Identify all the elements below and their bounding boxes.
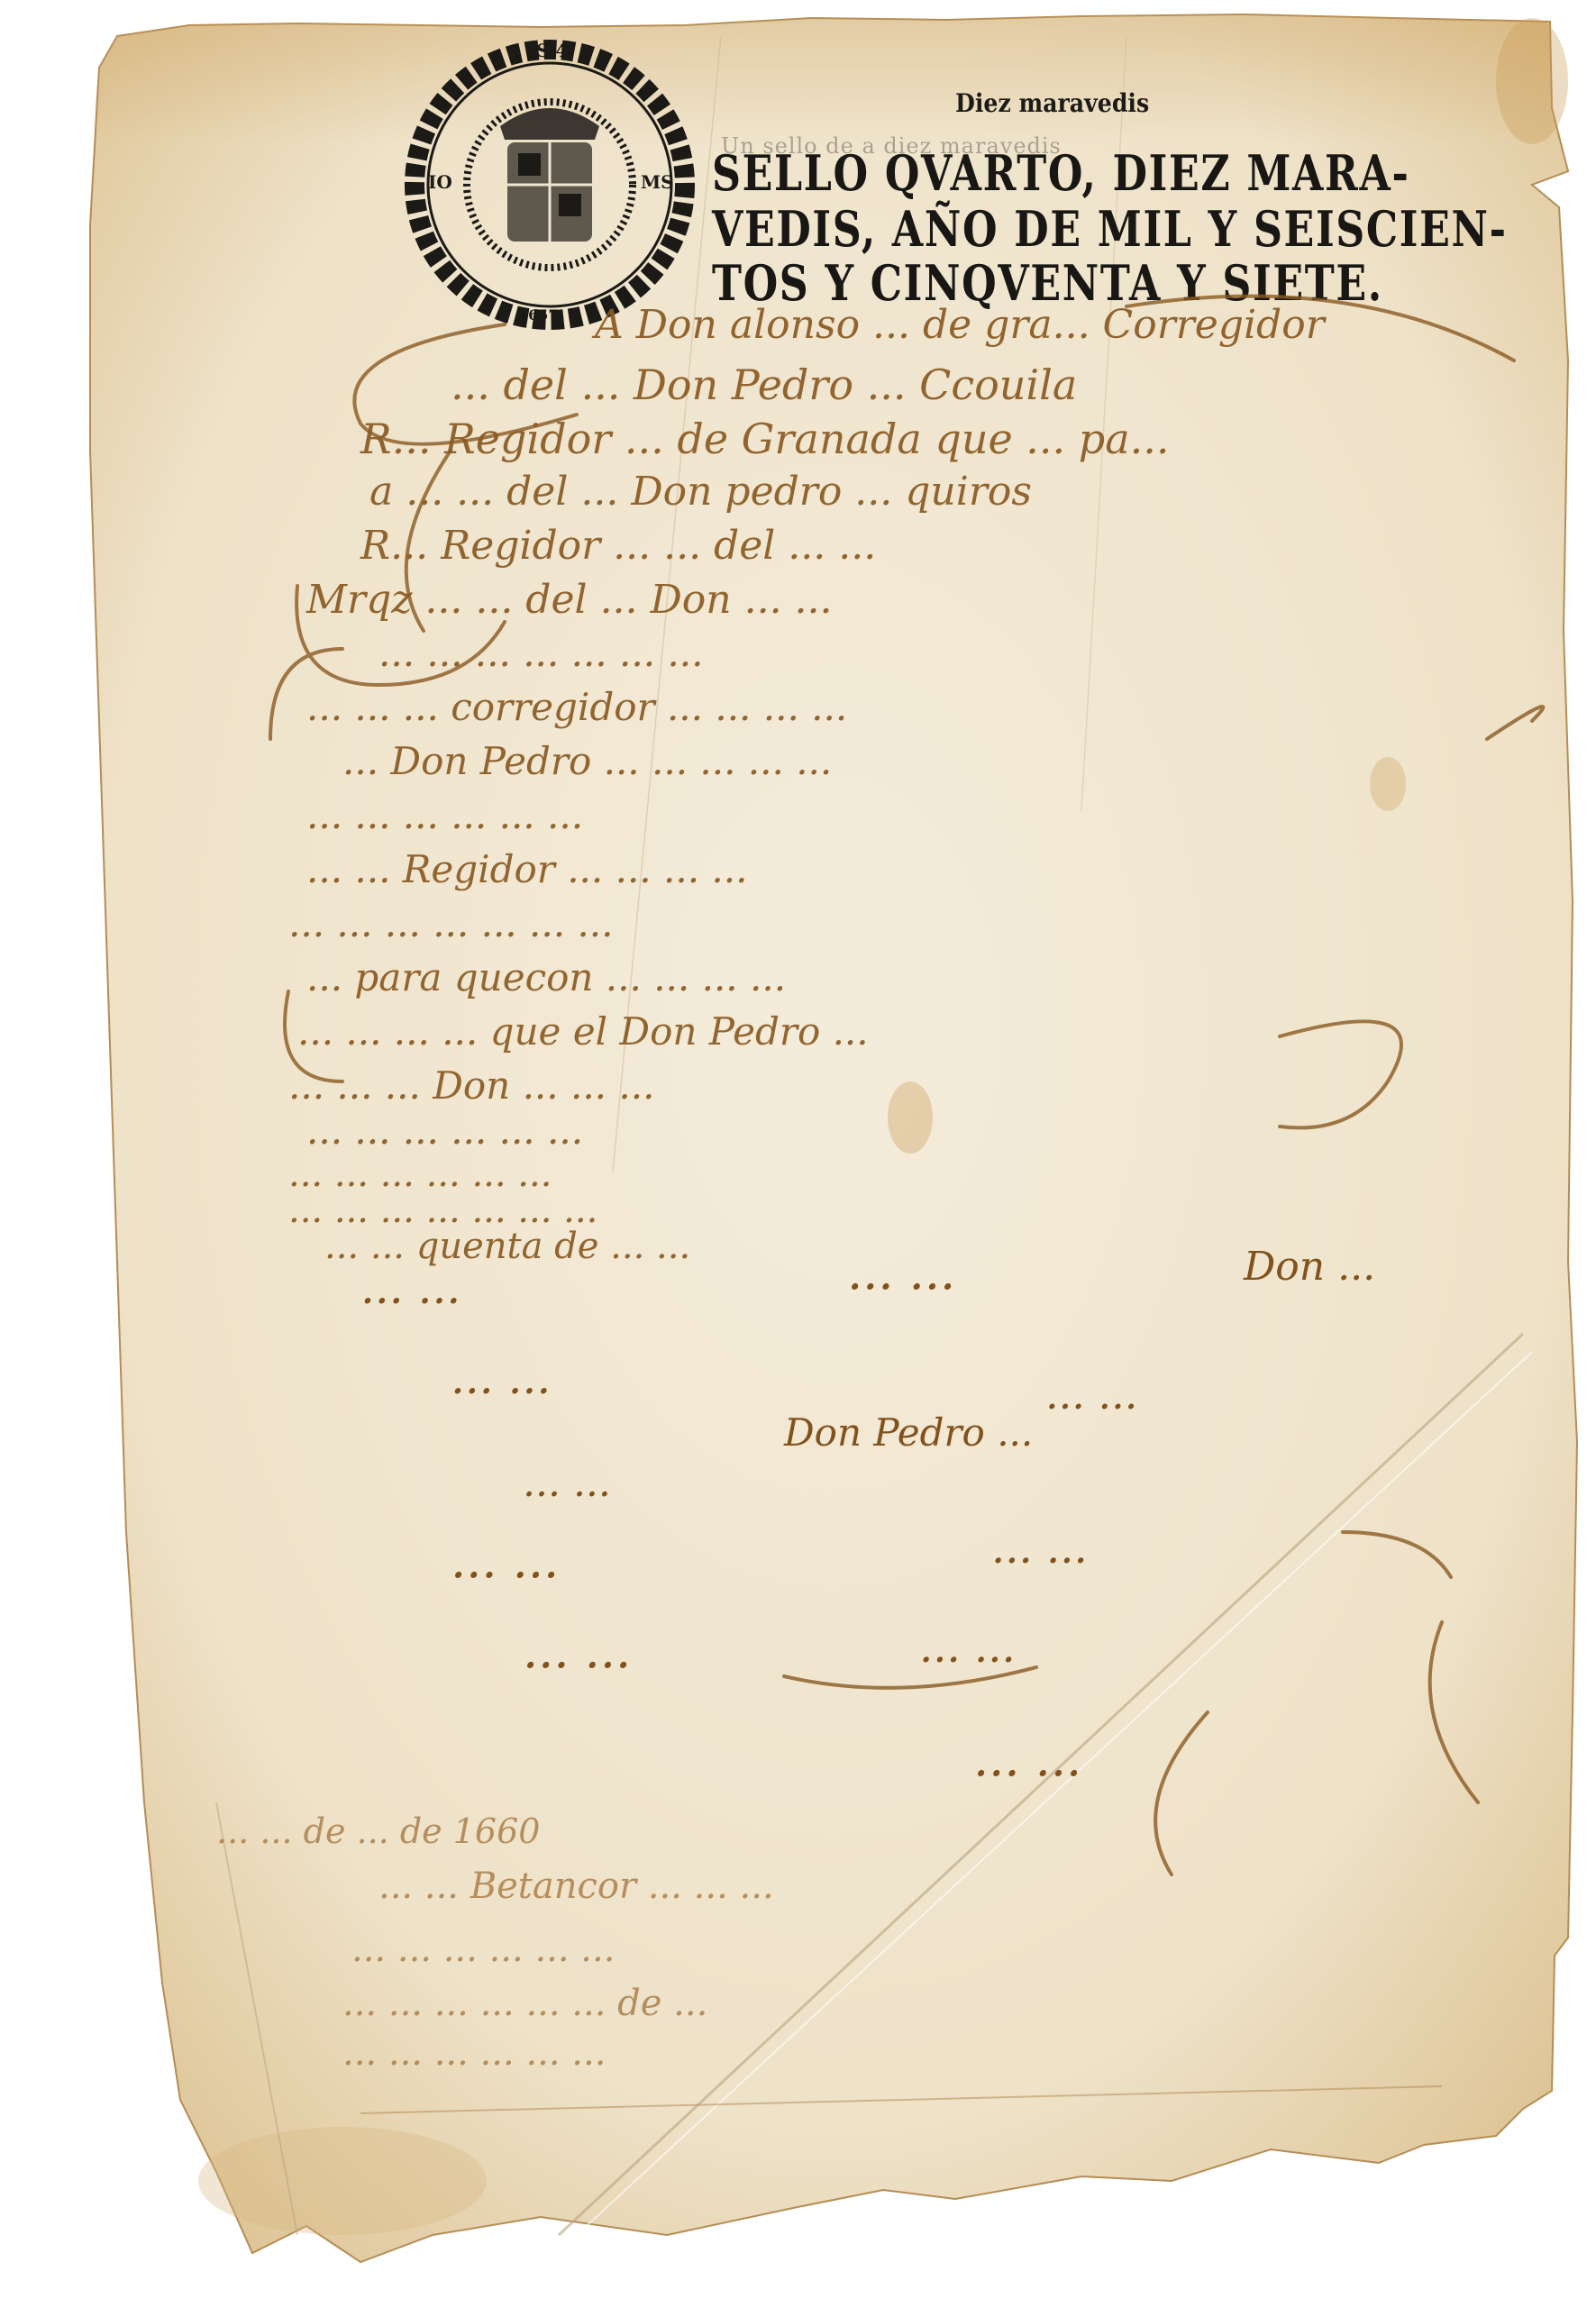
stamp-line-1: SELLO QVARTO, DIEZ MARA-: [712, 144, 1409, 202]
body-line: ... ... Regidor ... ... ... ...: [306, 847, 747, 891]
closing-line: ... ... ... ... ... ...: [342, 2032, 606, 2074]
signature: ... ...: [523, 1622, 631, 1679]
signature: Don ...: [1244, 1244, 1375, 1290]
body-line: Mrqz ... ... del ... Don ... ...: [306, 577, 833, 623]
body-line: ... Don Pedro ... ... ... ... ...: [342, 739, 832, 783]
seal-right-text: MS: [641, 171, 674, 193]
signature: ... ...: [919, 1622, 1016, 1673]
signature: ... ...: [991, 1523, 1088, 1574]
closing-line: ... ... ... ... ... ... de ...: [342, 1983, 707, 2024]
body-line: R... Regidor ... ... del ... ...: [360, 523, 876, 569]
signature: ... ...: [847, 1244, 955, 1300]
seal-year-text: 1657: [518, 306, 559, 324]
body-line: ... para quecon ... ... ... ...: [306, 955, 786, 999]
closing-line: ... ... Betancor ... ... ...: [378, 1866, 774, 1907]
document-sheet: S 4 IO MS 1657 Diez maravedis Un sello d…: [0, 0, 1596, 2299]
signature: ... ...: [360, 1262, 461, 1314]
body-line: ... ... ... Don ... ... ...: [288, 1063, 654, 1108]
royal-seal: S 4 IO MS 1657: [401, 36, 698, 333]
signature: ... ...: [973, 1730, 1081, 1787]
body-line: ... ... ... ... que el Don Pedro ...: [297, 1009, 869, 1054]
body-line: ... ... ... ... ... ...: [306, 793, 583, 837]
body-line: ... ... ... ... ... ... ...: [378, 631, 703, 675]
signature: ... ...: [523, 1460, 611, 1506]
signature: ... ...: [451, 1352, 551, 1404]
body-line: a ... ... del ... Don pedro ... quiros: [369, 469, 1032, 515]
body-line: ... del ... Don Pedro ... Ccouila: [451, 360, 1077, 409]
stamp-line-2: VEDIS, AÑO DE MIL Y SEISCIEN-: [712, 200, 1508, 258]
body-line: ... ... ... ... ... ...: [306, 1108, 583, 1153]
body-line: A Don alonso ... de gra... Corregidor: [595, 302, 1325, 348]
signature: ... ...: [451, 1532, 559, 1589]
signature: ... ...: [1045, 1370, 1137, 1419]
body-line: R... Regidor ... de Granada que ... pa..…: [360, 415, 1170, 463]
body-line: ... ... ... ... ... ... ...: [288, 901, 613, 945]
date-line: ... ... de ... de 1660: [216, 1811, 540, 1851]
stamp-value-label: Diez maravedis: [955, 88, 1149, 118]
seal-top-text: S 4: [536, 40, 568, 61]
body-line: ... ... ... corregidor ... ... ... ...: [306, 685, 847, 729]
closing-line: ... ... ... ... ... ...: [351, 1929, 615, 1970]
signature: Don Pedro ...: [784, 1410, 1033, 1455]
seal-left-text: IO: [428, 171, 452, 193]
